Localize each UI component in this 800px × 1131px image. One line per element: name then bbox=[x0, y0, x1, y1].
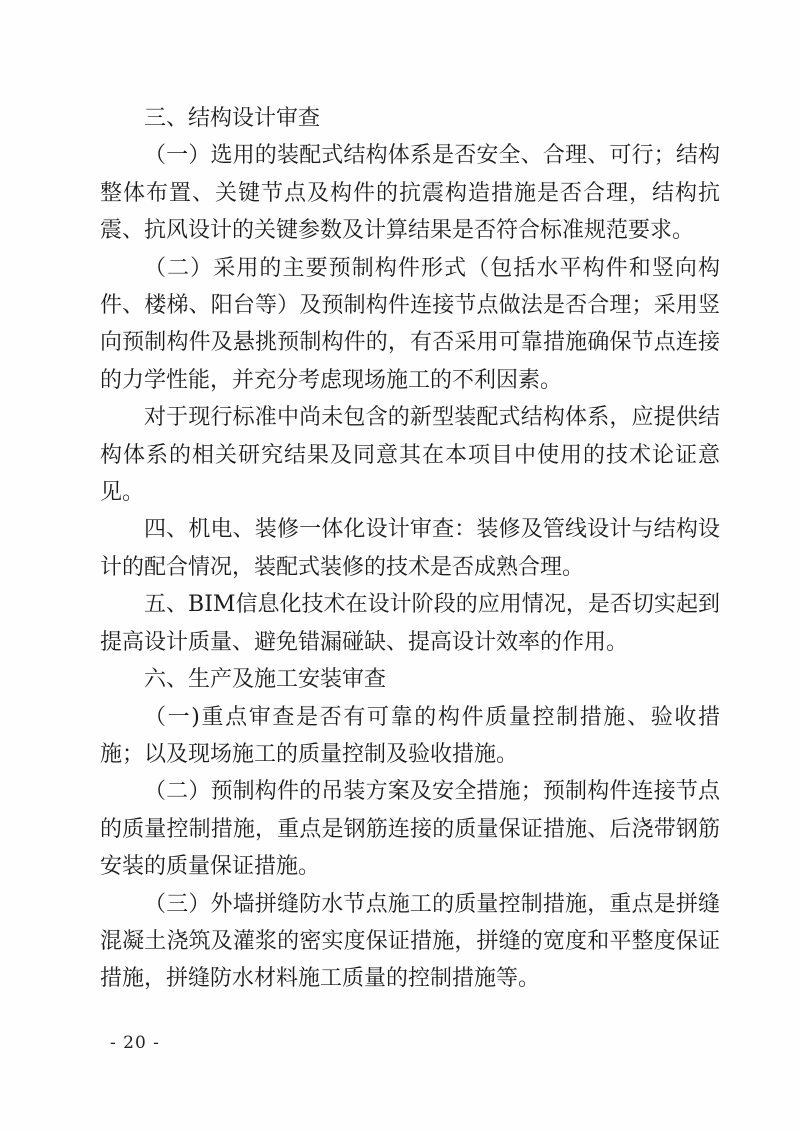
paragraph-section-4-mep-decoration-review: 四、机电、装修一体化设计审查：装修及管线设计与结构设计的配合情况，装配式装修的技… bbox=[100, 511, 720, 586]
heading-section-6-production-installation-review: 六、生产及施工安装审查 bbox=[100, 661, 720, 698]
paragraph-3-item-2: （二）采用的主要预制构件形式（包括水平构件和竖向构件、楼梯、阳台等）及预制构件连… bbox=[100, 250, 720, 400]
page-number: - 20 - bbox=[110, 1033, 160, 1053]
paragraph-section-5-bim-application: 五、BIM信息化技术在设计阶段的应用情况，是否切实起到提高设计质量、避免错漏碰缺… bbox=[100, 586, 720, 661]
paragraph-6-item-2: （二）预制构件的吊装方案及安全措施；预制构件连接节点的质量控制措施，重点是钢筋连… bbox=[100, 773, 720, 885]
paragraph-6-item-3: （三）外墙拼缝防水节点施工的质量控制措施，重点是拼缝混凝土浇筑及灌浆的密实度保证… bbox=[100, 886, 720, 998]
document-page: 三、结构设计审查 （一）选用的装配式结构体系是否安全、合理、可行；结构整体布置、… bbox=[0, 0, 800, 1131]
document-body: 三、结构设计审查 （一）选用的装配式结构体系是否安全、合理、可行；结构整体布置、… bbox=[100, 100, 720, 998]
paragraph-6-item-1: （一)重点审查是否有可靠的构件质量控制措施、验收措施；以及现场施工的质量控制及验… bbox=[100, 699, 720, 774]
paragraph-3-new-system-note: 对于现行标准中尚未包含的新型装配式结构体系，应提供结构体系的相关研究结果及同意其… bbox=[100, 399, 720, 511]
paragraph-3-item-1: （一）选用的装配式结构体系是否安全、合理、可行；结构整体布置、关键节点及构件的抗… bbox=[100, 137, 720, 249]
heading-section-3-structural-design-review: 三、结构设计审查 bbox=[100, 100, 720, 137]
